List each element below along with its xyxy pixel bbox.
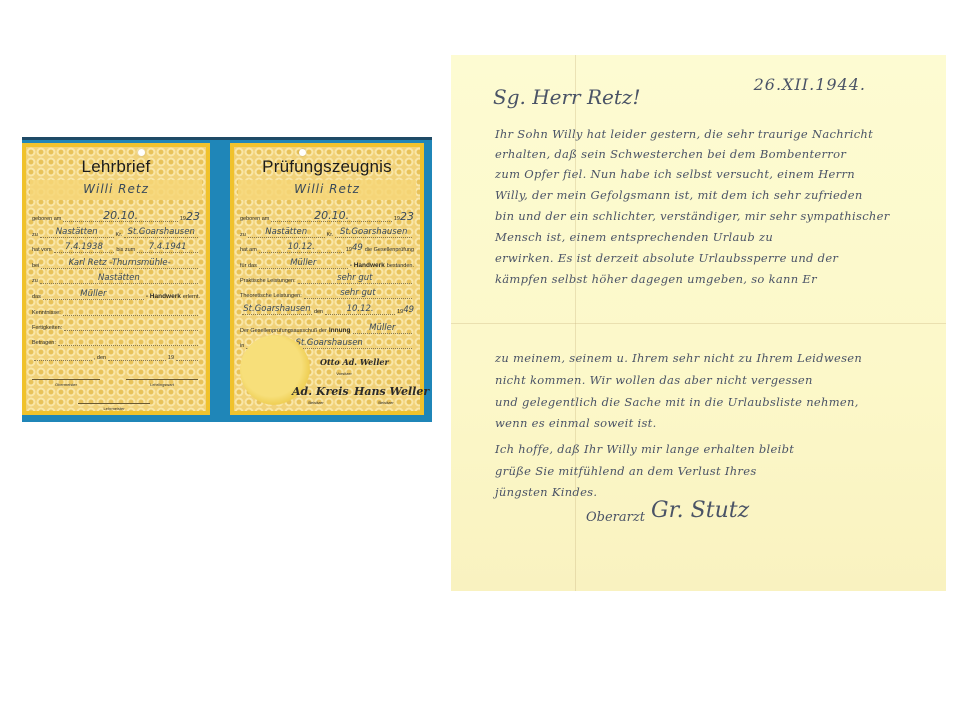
- skills-row: Fertigkeiten:: [32, 319, 200, 331]
- born-date: 20.10.: [314, 211, 349, 221]
- exam-text: die Gesellenprüfung: [365, 247, 414, 253]
- letter-line: Willy, der mein Gefolgsmann ist, mit dem…: [495, 188, 863, 202]
- born-year: 23: [400, 212, 414, 222]
- trade-suffix: - Handwerk: [350, 262, 385, 269]
- pruefungszeugnis-title: Prüfungszeugnis: [234, 157, 420, 177]
- practical-value: sehr gut: [337, 273, 372, 283]
- for-label: für das: [240, 263, 257, 269]
- place: Nastätten: [56, 227, 98, 237]
- district: St.Goarshausen: [127, 227, 194, 237]
- theory-value: sehr gut: [340, 288, 375, 298]
- date-comma-label: , den: [94, 355, 106, 361]
- district-label: Kr.: [327, 232, 334, 238]
- trade-end: erlernt.: [183, 294, 200, 300]
- trade-row: für das Müller - Handwerk bestanden.: [240, 257, 414, 269]
- letter-line: bin und der ein schlichter, verständiger…: [495, 209, 890, 223]
- in-label: zu: [240, 232, 246, 238]
- assessor2-label: Beisitzer: [366, 400, 406, 405]
- letter-line: zu meinem, seinem u. Ihrem sehr nicht zu…: [495, 351, 862, 365]
- to-label: bis zum: [116, 247, 135, 253]
- letter-signature: Gr. Stutz: [651, 498, 749, 523]
- period-row: hat vom 7.4.1938 bis zum 7.4.1941: [32, 241, 200, 253]
- assessor2-signature: Hans Weller: [354, 385, 429, 398]
- obermeister-label: Obermeister: [32, 382, 100, 387]
- born-label: geboren am: [32, 216, 61, 222]
- place-row: zu Nastätten Kr. St.Goarshausen: [240, 226, 414, 238]
- practical-row: Praktische Leistungen: sehr gut: [240, 272, 414, 284]
- in2-label: zu: [32, 278, 38, 284]
- theory-row: Theoretische Leistungen: sehr gut: [240, 287, 414, 299]
- signature-line: [126, 379, 198, 380]
- lehrbrief-title: Lehrbrief: [26, 157, 206, 177]
- theory-label: Theoretische Leistungen:: [240, 293, 302, 299]
- conduct-row: Betragen:: [32, 334, 200, 346]
- trade-end: bestanden.: [387, 263, 414, 269]
- guild-place: St.Goarshausen: [295, 338, 362, 348]
- letter-line: erhalten, daß sein Schwesterchen bei dem…: [495, 147, 846, 161]
- place: Nastätten: [265, 227, 307, 237]
- trade-label: das: [32, 294, 41, 300]
- letter-line: Mensch ist, einem entsprechenden Urlaub …: [495, 230, 773, 244]
- exam-year: 49: [352, 243, 363, 253]
- guild-label: Innung: [329, 327, 351, 334]
- master: Karl Retz -Thurnsmühle-: [69, 258, 171, 268]
- knowledge-label: Kenntnisse:: [32, 310, 61, 316]
- assessor1-label: Beisitzer: [296, 400, 336, 405]
- born-label: geboren am: [240, 216, 269, 222]
- punch-hole: [299, 149, 306, 156]
- exam-label: hat am: [240, 247, 257, 253]
- district-label: Kr.: [116, 232, 123, 238]
- letter-closing: Oberarzt: [586, 510, 645, 525]
- letter-line: Ihr Sohn Willy hat leider gestern, die s…: [495, 127, 873, 141]
- born-year: 23: [186, 212, 200, 222]
- pruefungszeugnis-page: Prüfungszeugnis Willi Retz geboren am 20…: [230, 143, 424, 415]
- letter-line: grüße Sie mitfühlend an dem Verlust Ihre…: [495, 464, 757, 478]
- born-row: geboren am 20.10. 19 23: [240, 210, 414, 222]
- conduct-label: Betragen:: [32, 340, 56, 346]
- letter-line: erwirken. Es ist derzeit absolute Urlaub…: [495, 251, 838, 265]
- skills-label: Fertigkeiten:: [32, 325, 62, 331]
- letter-line: nicht kommen. Wir wollen das aber nicht …: [495, 373, 813, 387]
- lehrmeister-label: Lehrmeister: [78, 406, 150, 411]
- knowledge-row: Kenntnisse:: [32, 304, 200, 316]
- trade-suffix: - Handwerk: [146, 293, 181, 300]
- from-date: 7.4.1938: [65, 242, 103, 252]
- signature-line: [32, 379, 100, 380]
- letter-line: kämpfen selbst höher dagegen umgeben, so…: [495, 272, 817, 286]
- letter-line: jüngsten Kindes.: [495, 485, 597, 499]
- issue-year: 49: [403, 305, 414, 315]
- punch-hole: [138, 149, 145, 156]
- master-row: bei Karl Retz -Thurnsmühle-: [32, 257, 200, 269]
- letter-line: wenn es einmal soweit ist.: [495, 416, 657, 430]
- trade: Müller: [290, 258, 316, 268]
- handwritten-letter: 26.XII.1944. Sg. Herr Retz! Ihr Sohn Wil…: [451, 55, 946, 591]
- in-label: zu: [32, 232, 38, 238]
- issue-date: 10.12.: [347, 304, 374, 314]
- born-row: geboren am 20.10. 19 23: [32, 210, 200, 222]
- lehrbrief-page: Lehrbrief Willi Retz geboren am 20.10. 1…: [22, 143, 210, 415]
- trade: Müller: [80, 289, 106, 299]
- lehrlingswart-label: Lehrlingswart: [126, 382, 198, 387]
- letter-line: zum Opfer fiel. Nun habe ich selbst vers…: [495, 167, 855, 181]
- apprenticeship-booklet: Lehrbrief Willi Retz geboren am 20.10. 1…: [22, 137, 432, 422]
- lehrbrief-name: Willi Retz: [26, 182, 206, 196]
- fold-line-horizontal: [451, 323, 946, 324]
- district: St.Goarshausen: [340, 227, 407, 237]
- letter-salutation: Sg. Herr Retz!: [493, 85, 640, 109]
- to-date: 7.4.1941: [149, 242, 187, 252]
- chair-signature: Otto Ad. Weller: [320, 357, 389, 367]
- issue-den: den: [314, 309, 323, 315]
- exam-date: 10.12.: [288, 242, 315, 252]
- signature-line: [78, 403, 150, 404]
- letter-date: 26.XII.1944.: [754, 75, 866, 94]
- issue-row: St.Goarshausen den 10.12. 19 49: [240, 303, 414, 315]
- assessor1-signature: Ad. Kreis: [292, 385, 349, 398]
- pruefungszeugnis-name: Willi Retz: [234, 182, 420, 196]
- guild: Müller: [369, 323, 395, 333]
- place2-row: zu Nastätten: [32, 272, 200, 284]
- from-label: hat vom: [32, 247, 52, 253]
- committee-row: Der Gesellenprüfungsausschuß der Innung …: [240, 322, 414, 334]
- trade-row: das Müller - Handwerk erlernt.: [32, 288, 200, 300]
- committee-text: Der Gesellenprüfungsausschuß der: [240, 328, 327, 334]
- practical-label: Praktische Leistungen:: [240, 278, 296, 284]
- letter-line: und gelegentlich die Sache mit in die Ur…: [495, 395, 859, 409]
- date-row: , den 19: [32, 349, 200, 361]
- place2: Nastätten: [98, 273, 140, 283]
- chair-label: Vorsitzer: [324, 371, 364, 376]
- exam-row: hat am 10.12. 19 49 die Gesellenprüfung: [240, 241, 414, 253]
- place-row: zu Nastätten Kr. St.Goarshausen: [32, 226, 200, 238]
- born-date: 20.10.: [103, 211, 138, 221]
- guild-in-label: in: [240, 343, 244, 349]
- letter-line: Ich hoffe, daß Ihr Willy mir lange erhal…: [495, 442, 794, 456]
- at-label: bei: [32, 263, 39, 269]
- issue-place: St.Goarshausen: [243, 304, 310, 314]
- date-year-prefix: 19: [168, 355, 174, 361]
